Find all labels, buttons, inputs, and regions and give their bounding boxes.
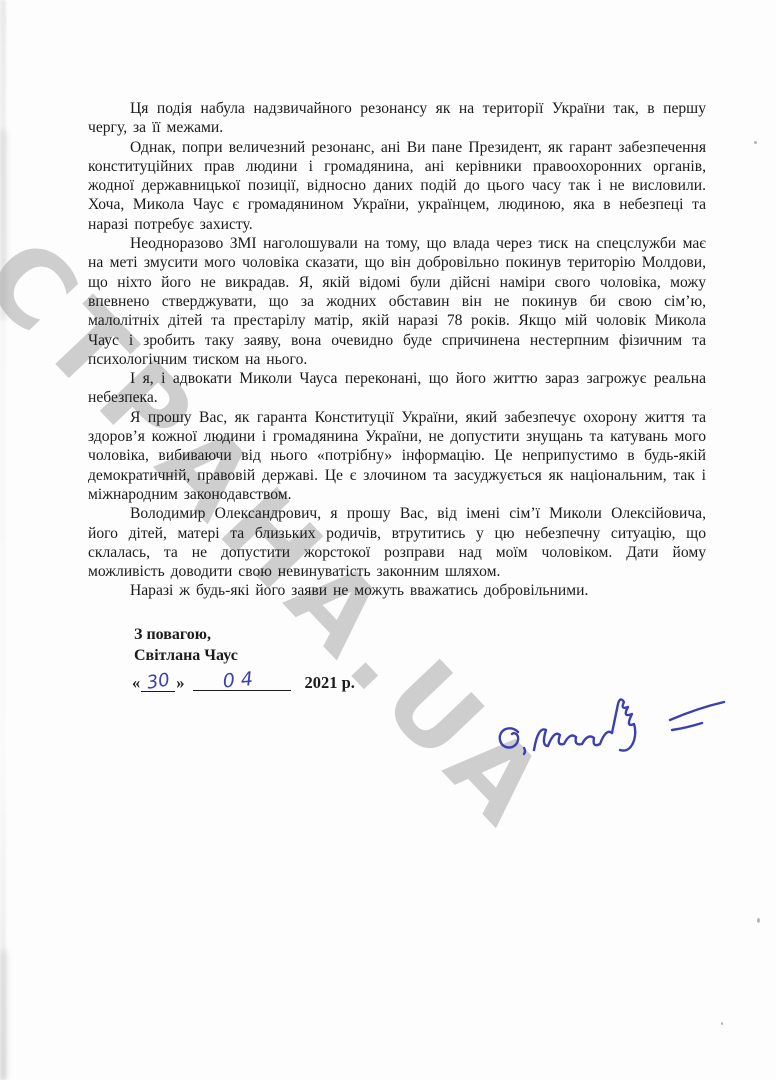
handwritten-signature-icon (486, 686, 738, 790)
paragraph-appeal-president: Володимир Олександрович, я прошу Вас, ві… (88, 504, 706, 581)
date-open-quote: « (132, 673, 140, 692)
paragraph-no-position: Однак, попри величезний резонанс, ані Ви… (88, 138, 706, 234)
scan-speck (754, 141, 757, 144)
handwritten-month: 04 (222, 667, 260, 692)
paragraph-media-pressure: Неодноразово ЗМІ наголошували на тому, щ… (88, 234, 706, 369)
closing-block: З повагою, Світлана Чаус (134, 624, 238, 666)
handwritten-day: 30 (145, 669, 171, 693)
paragraph-request-protection: Я прошу Вас, як гаранта Конституції Укра… (88, 408, 706, 504)
date-year: 2021 р. (305, 673, 355, 692)
paragraph-lawyers-danger: І я, і адвокати Миколи Чауса переконані,… (88, 369, 706, 408)
letter-body: Ця подія набула надзвичайного резонансу … (88, 99, 706, 601)
closing-salutation: З повагою, (134, 624, 238, 645)
date-month-blank: 04 (193, 671, 291, 691)
date-close-quote: » (176, 673, 184, 692)
date-line: «30»042021 р. (132, 671, 355, 693)
paragraph-resonance: Ця подія набула надзвичайного резонансу … (88, 99, 706, 138)
scan-speck (721, 1022, 723, 1025)
scan-smudge-bottom-left (0, 950, 8, 1080)
paragraph-statements-voluntary: Наразі ж будь-які його заяви не можуть в… (88, 581, 706, 600)
scan-smudge-top-left (0, 130, 7, 320)
signer-name: Світлана Чаус (134, 645, 238, 666)
letter-page: СТРАНА.UA Ця подія набула надзвичайного … (0, 0, 776, 1080)
date-day-blank: 30 (141, 672, 175, 692)
scan-speck (757, 918, 760, 923)
